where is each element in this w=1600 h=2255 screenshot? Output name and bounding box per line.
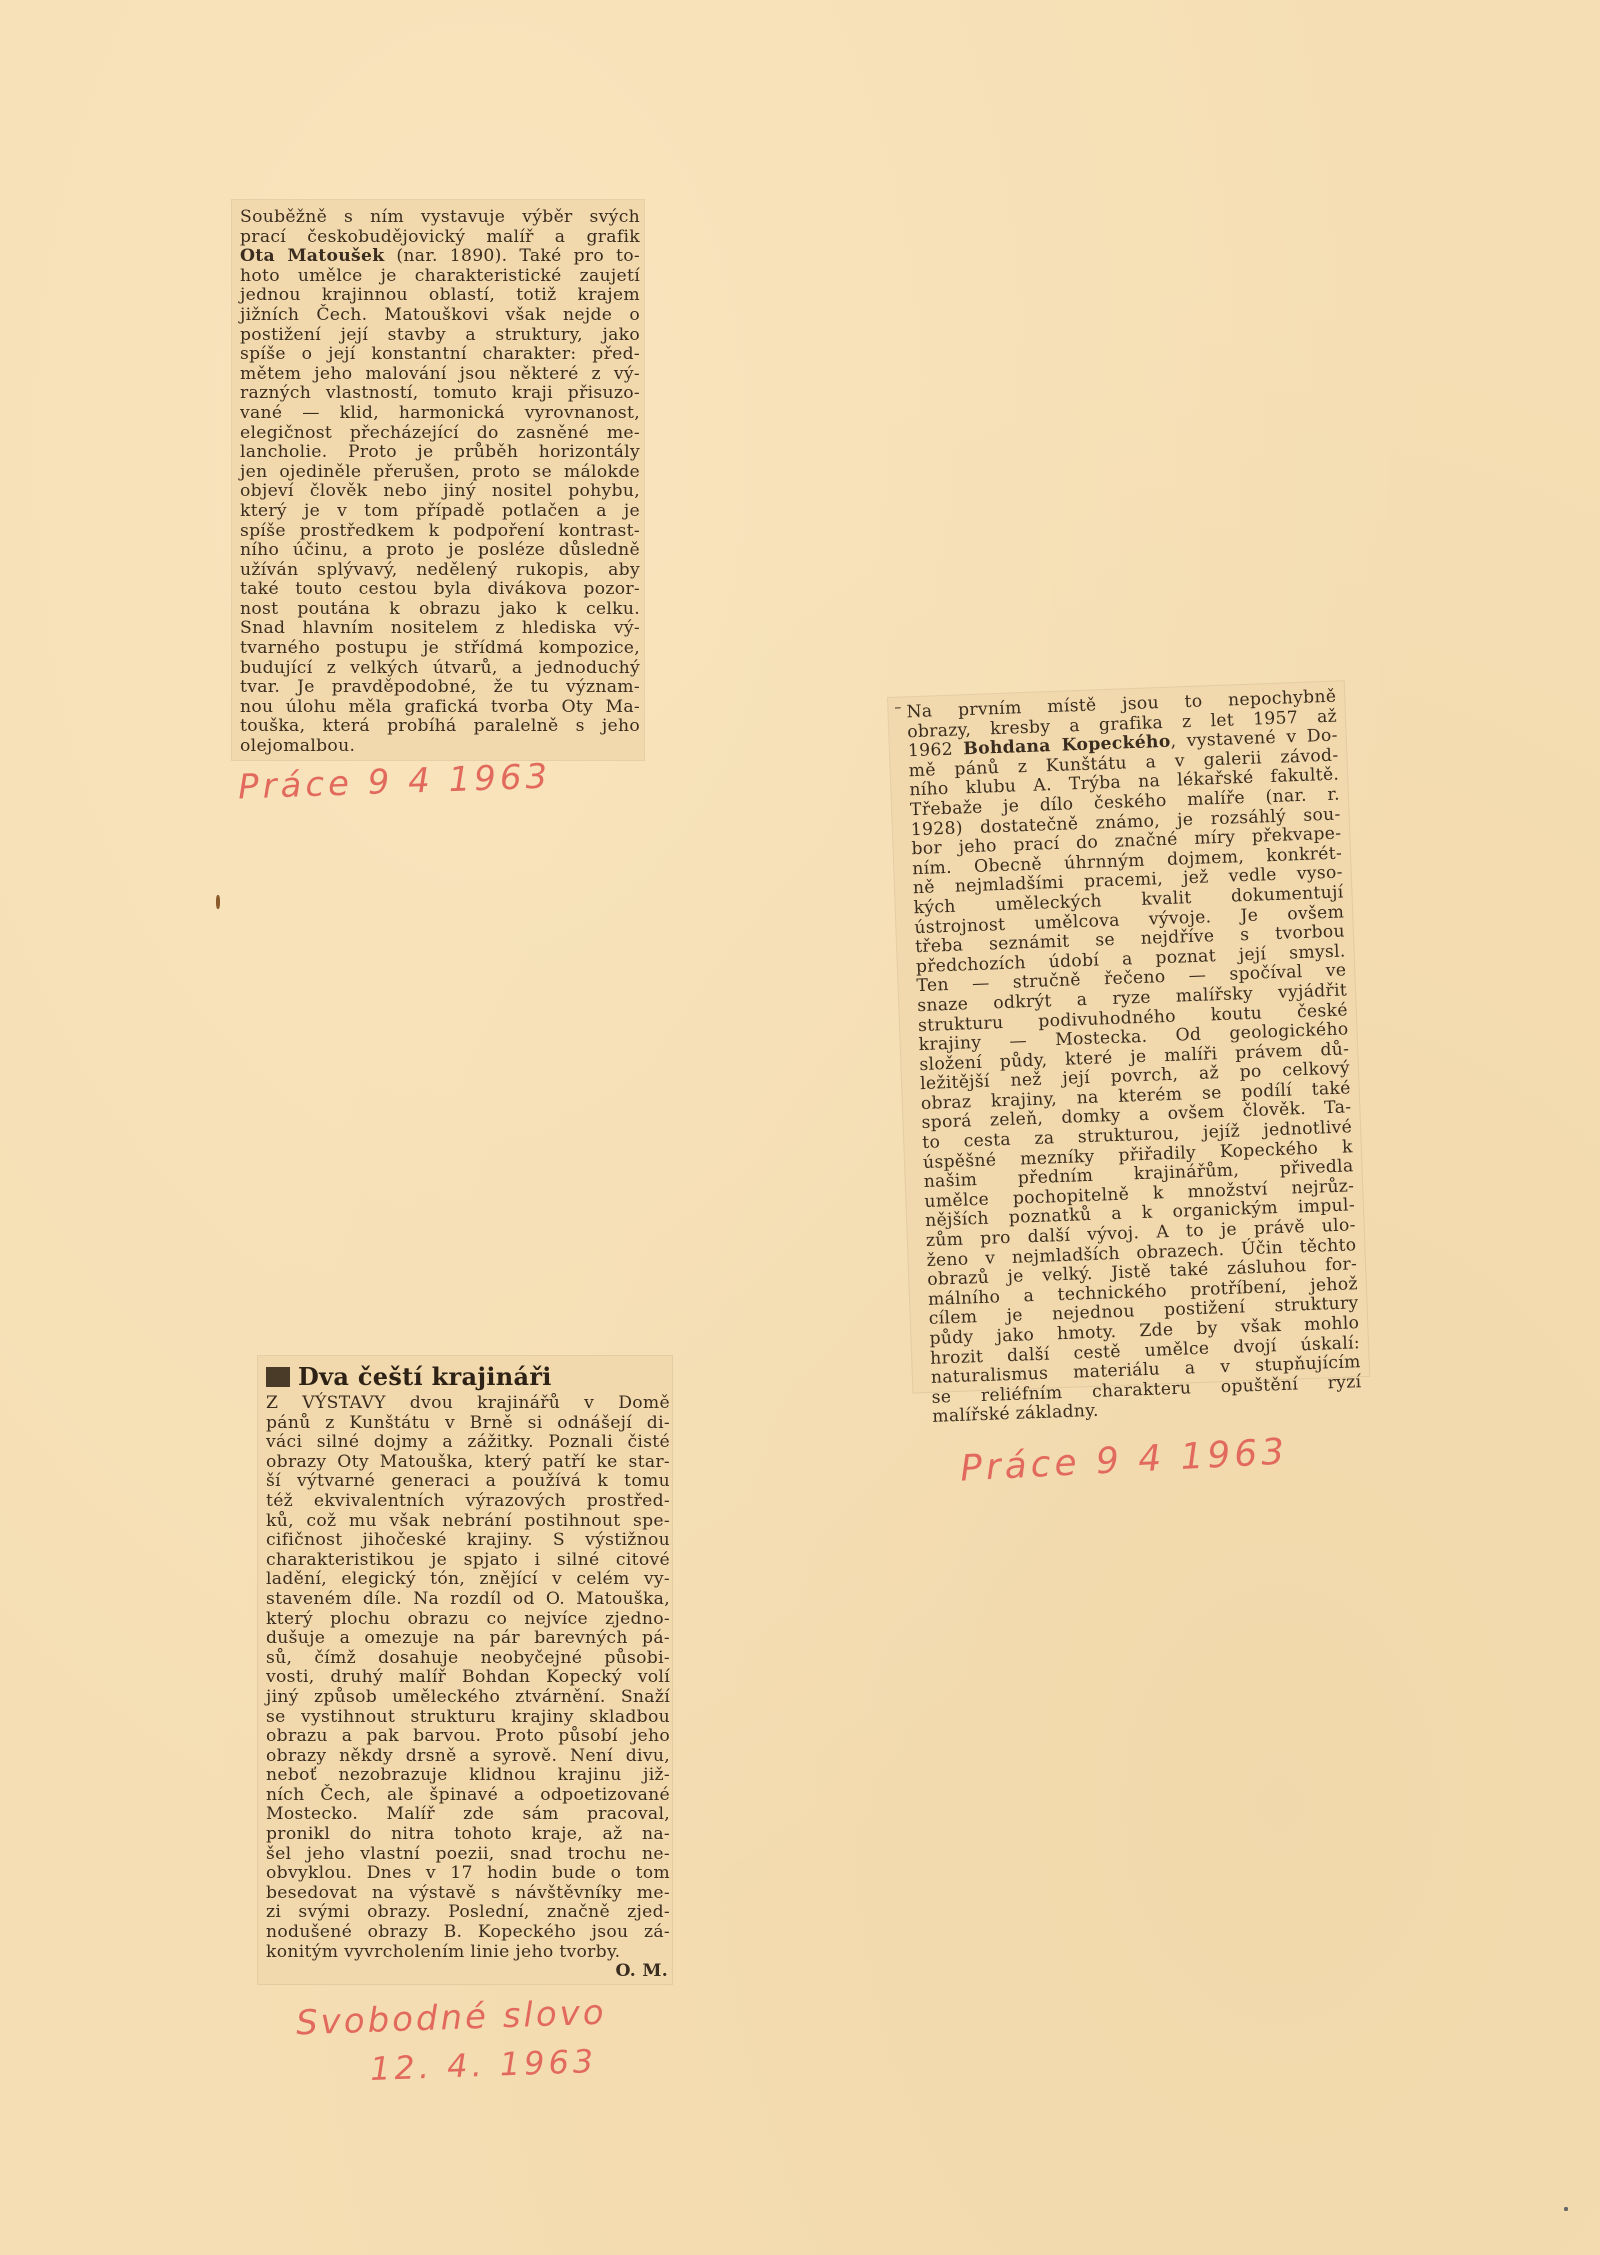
text-line: lancholie. Proto je průběh horizontály — [240, 443, 640, 463]
text-line: neboť nezobrazuje klidnou krajinu již- — [266, 1766, 670, 1786]
text-line: elegičnost přecházející do zasněné me- — [240, 424, 640, 444]
text-line: konitým vyvrcholením linie jeho tvorby. — [266, 1943, 670, 1963]
text-line: pánů z Kunštátu v Brně si odnášejí di- — [266, 1414, 670, 1434]
clipping-body: Na prvním místě jsou to nepochybněobrazy… — [888, 681, 1370, 1428]
text-line: Z VÝSTAVY dvou krajinářů v Domě — [266, 1394, 670, 1414]
text-line: který plochu obrazu co nejvíce zjedno- — [266, 1610, 670, 1630]
text-line: Mostecko. Malíř zde sám pracoval, — [266, 1805, 670, 1825]
handwritten-date-note: 12. 4. 1963 — [369, 2042, 597, 2088]
text-line: který je v tom případě potlačen a je — [240, 502, 640, 522]
text-line: cifičnost jihočeské krajiny. S výstižnou — [266, 1531, 670, 1551]
text-line: razných vlastností, tomuto kraji přisuzo… — [240, 384, 640, 404]
text-line: Souběžně s ním vystavuje výběr svých — [240, 208, 640, 228]
text-line: budující z velkých útvarů, a jednoduchý — [240, 659, 640, 679]
text-line: pronikl do nitra tohoto kraje, až na- — [266, 1825, 670, 1845]
text-line: spíše prostředkem k podpoření kontrast- — [240, 522, 640, 542]
text-line: jižních Čech. Matouškovi však nejde o — [240, 306, 640, 326]
article-headline: Dva čeští krajináři — [266, 1362, 670, 1392]
clipping-kopecky: – Na prvním místě jsou to nepochybněobra… — [888, 681, 1369, 1392]
text-line: jednou krajinnou oblastí, totiž krajem — [240, 286, 640, 306]
text-line: besedovat na výstavě s návštěvníky me- — [266, 1884, 670, 1904]
text-line: Snad hlavním nositelem z hlediska vý- — [240, 619, 640, 639]
clipping-body: Souběžně s ním vystavuje výběr svýchprac… — [232, 200, 644, 757]
text-line: mětem jeho malování jsou některé z vý- — [240, 365, 640, 385]
text-line: také touto cestou byla divákova pozor- — [240, 580, 640, 600]
paper-speck — [216, 895, 220, 909]
text-line: prací českobudějovický malíř a grafik — [240, 228, 640, 248]
dash-mark: – — [894, 700, 902, 716]
square-bullet-icon — [266, 1367, 290, 1387]
text-line: obrazy Oty Matouška, který patří ke star… — [266, 1453, 670, 1473]
text-line: olejomalbou. — [240, 737, 640, 757]
text-line: zi svými obrazy. Poslední, značně zjed- — [266, 1903, 670, 1923]
headline-text: Dva čeští krajináři — [298, 1362, 552, 1392]
text-line: šel jeho vlastní poezii, snad trochu ne- — [266, 1845, 670, 1865]
clipping-dva-cesti-krajinari: Dva čeští krajináři Z VÝSTAVY dvou kraji… — [258, 1356, 672, 1984]
text-line: obvyklou. Dnes v 17 hodin bude o tom — [266, 1864, 670, 1884]
text-line: Ota Matoušek (nar. 1890). Také pro to- — [240, 247, 640, 267]
text-line: vané — klid, harmonická vyrovnanost, — [240, 404, 640, 424]
text-line: obrazu a pak barvou. Proto působí jeho — [266, 1727, 670, 1747]
text-line: jen ojediněle přerušen, proto se málokde — [240, 463, 640, 483]
author-signature: O. M. — [266, 1962, 670, 1982]
clipping-body: Z VÝSTAVY dvou krajinářů v Doměpánů z Ku… — [266, 1394, 670, 1962]
text-line: hoto umělce je charakteristické zaujetí — [240, 267, 640, 287]
text-line: sů, čímž dosahuje neobyčejné působi- — [266, 1649, 670, 1669]
text-line: obrazy někdy drsně a syrově. Není divu, — [266, 1747, 670, 1767]
text-line: užíván splývavý, nedělený rukopis, aby — [240, 561, 640, 581]
text-line: touška, která probíhá paralelně s jeho — [240, 717, 640, 737]
text-line: tvar. Je pravděpodobné, že tu význam- — [240, 678, 640, 698]
text-line: staveném díle. Na rozdíl od O. Matouška, — [266, 1590, 670, 1610]
text-line: tvarného postupu je střídmá kompozice, — [240, 639, 640, 659]
text-line: spíše o její konstantní charakter: před- — [240, 345, 640, 365]
text-line: ního účinu, a proto je posléze důsledně — [240, 541, 640, 561]
text-line: váci silné dojmy a zážitky. Poznali čist… — [266, 1433, 670, 1453]
text-line: nou úlohu měla grafická tvorba Oty Ma- — [240, 698, 640, 718]
text-line: objeví člověk nebo jiný nositel pohybu, — [240, 482, 640, 502]
text-line: postižení její stavby a struktury, jako — [240, 326, 640, 346]
text-line: charakteristikou je spjato i silné citov… — [266, 1551, 670, 1571]
text-line: vosti, druhý malíř Bohdan Kopecký volí — [266, 1668, 670, 1688]
text-line: jiný způsob uměleckého ztvárnění. Snaží — [266, 1688, 670, 1708]
text-line: ladění, elegický tón, znějící v celém vy… — [266, 1570, 670, 1590]
text-line: nost poutána k obrazu jako k celku. — [240, 600, 640, 620]
text-line: se vystihnout strukturu krajiny skladbou — [266, 1708, 670, 1728]
text-line: též ekvivalentních výrazových prostřed- — [266, 1492, 670, 1512]
text-line: dušuje a omezuje na pár barevných pá- — [266, 1629, 670, 1649]
text-line: nodušené obrazy B. Kopeckého jsou zá- — [266, 1923, 670, 1943]
text-line: ků, což mu však nebrání postihnout spe- — [266, 1512, 670, 1532]
clipping-matousek: Souběžně s ním vystavuje výběr svýchprac… — [232, 200, 644, 760]
text-line: ší výtvarné generaci a používá k tomu — [266, 1472, 670, 1492]
text-line: ních Čech, ale špinavé a odpoetizované — [266, 1786, 670, 1806]
paper-speck — [1564, 2207, 1568, 2211]
